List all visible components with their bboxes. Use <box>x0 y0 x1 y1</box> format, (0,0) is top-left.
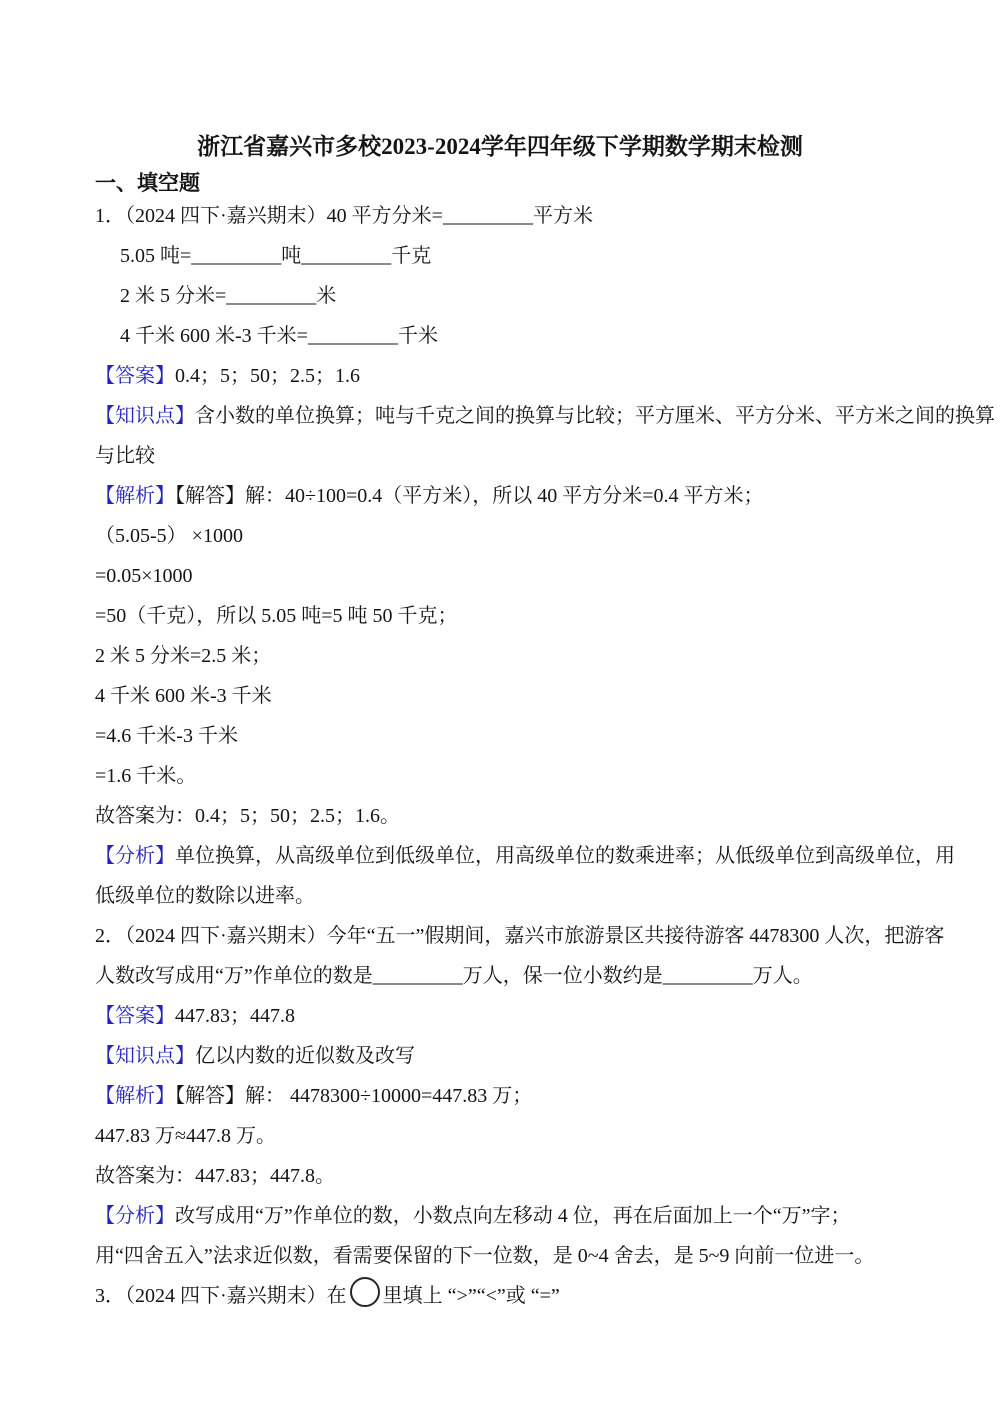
question-1-stem-line4: 4 千米 600 米-3 千米=_________千米 <box>95 316 905 356</box>
knowledge-point-label: 【知识点】 <box>95 405 195 427</box>
question-2-knowledge-line: 【知识点】亿以内数的近似数及改写 <box>95 1036 905 1076</box>
question-1-solution-text6: 4 千米 600 米-3 千米 <box>95 685 272 707</box>
blank-circle-icon <box>350 1277 380 1307</box>
question-1-solution-text1: 【解答】解：40÷100=0.4（平方米），所以 40 平方分米=0.4 平方米… <box>175 485 764 507</box>
question-1-analysis-line1: 【分析】单位换算，从高级单位到低级单位，用高级单位的数乘进率；从低级单位到高级单… <box>95 836 905 876</box>
question-1-stem-line2-text: 5.05 吨=_________吨_________千克 <box>120 245 431 267</box>
breakdown-label: 【分析】 <box>95 845 175 867</box>
question-2-analysis-line2: 用“四舍五入”法求近似数，看需要保留的下一位数，是 0~4 舍去，是 5~9 向… <box>95 1236 905 1276</box>
question-2-solution-line1: 【解析】【解答】解： 4478300÷10000=447.83 万； <box>95 1076 905 1116</box>
question-1-knowledge-line2: 与比较 <box>95 436 905 476</box>
question-1-stem-line4-text: 4 千米 600 米-3 千米=_________千米 <box>120 325 438 347</box>
question-1-solution-text3: =0.05×1000 <box>95 565 193 587</box>
question-1-analysis-text1: 单位换算，从高级单位到低级单位，用高级单位的数乘进率；从低级单位到高级单位，用 <box>175 845 955 867</box>
question-2-solution-text3: 故答案为：447.83；447.8。 <box>95 1165 335 1187</box>
question-2-answer-value: 447.83；447.8 <box>175 1005 295 1027</box>
question-1-stem-line2: 5.05 吨=_________吨_________千克 <box>95 236 905 276</box>
document-body: 一、填空题 1．（2024 四下·嘉兴期末）40 平方分米=_________平… <box>0 170 1000 1316</box>
question-1-knowledge-value: 含小数的单位换算；吨与千克之间的换算与比较；平方厘米、平方分米、平方米之间的换算 <box>195 405 995 427</box>
answer-label: 【答案】 <box>95 365 175 387</box>
question-1-solution-text9: 故答案为：0.4；5；50；2.5；1.6。 <box>95 805 400 827</box>
question-1-stem: 1．（2024 四下·嘉兴期末）40 平方分米=_________平方米 <box>95 196 905 236</box>
analysis-label: 【解析】 <box>95 1085 175 1107</box>
question-1-answer-line: 【答案】0.4；5；50；2.5；1.6 <box>95 356 905 396</box>
question-2-solution-text2: 447.83 万≈447.8 万。 <box>95 1125 276 1147</box>
section-heading-fill-in-blanks: 一、填空题 <box>95 170 905 196</box>
question-1-stem-text: 1．（2024 四下·嘉兴期末）40 平方分米=_________平方米 <box>95 205 593 227</box>
question-1-solution-text8: =1.6 千米。 <box>95 765 196 787</box>
question-1-solution-line4: =50（千克），所以 5.05 吨=5 吨 50 千克； <box>95 596 905 636</box>
question-1-solution-line3: =0.05×1000 <box>95 556 905 596</box>
exam-document-page: 浙江省嘉兴市多校2023-2024学年四年级下学期数学期末检测 一、填空题 1．… <box>0 0 1000 1414</box>
knowledge-point-label: 【知识点】 <box>95 1045 195 1067</box>
question-1-solution-line2: （5.05-5） ×1000 <box>95 516 905 556</box>
question-3-stem-pre: 3．（2024 四下·嘉兴期末）在 <box>95 1285 347 1307</box>
question-2-stem-text: 2．（2024 四下·嘉兴期末）今年“五一”假期间，嘉兴市旅游景区共接待游客 4… <box>95 925 944 947</box>
breakdown-label: 【分析】 <box>95 1205 175 1227</box>
question-1-solution-line6: 4 千米 600 米-3 千米 <box>95 676 905 716</box>
question-3-stem-post: 里填上 “>”“<”或 “=” <box>383 1285 560 1307</box>
question-2-analysis-line1: 【分析】改写成用“万”作单位的数，小数点向左移动 4 位，再在后面加上一个“万”… <box>95 1196 905 1236</box>
question-1-answer-value: 0.4；5；50；2.5；1.6 <box>175 365 360 387</box>
question-1-solution-line5: 2 米 5 分米=2.5 米； <box>95 636 905 676</box>
question-1-solution-text5: 2 米 5 分米=2.5 米； <box>95 645 271 667</box>
question-1-knowledge-value2: 与比较 <box>95 445 155 467</box>
question-2-stem: 2．（2024 四下·嘉兴期末）今年“五一”假期间，嘉兴市旅游景区共接待游客 4… <box>95 916 905 956</box>
question-2-solution-line3: 故答案为：447.83；447.8。 <box>95 1156 905 1196</box>
question-1-analysis-line2: 低级单位的数除以进率。 <box>95 876 905 916</box>
question-1-stem-line3-text: 2 米 5 分米=_________米 <box>120 285 336 307</box>
question-1-solution-line1: 【解析】【解答】解：40÷100=0.4（平方米），所以 40 平方分米=0.4… <box>95 476 905 516</box>
question-2-knowledge-value: 亿以内数的近似数及改写 <box>195 1045 415 1067</box>
analysis-label: 【解析】 <box>95 485 175 507</box>
question-2-answer-line: 【答案】447.83；447.8 <box>95 996 905 1036</box>
answer-label: 【答案】 <box>95 1005 175 1027</box>
question-2-solution-text1: 【解答】解： 4478300÷10000=447.83 万； <box>175 1085 532 1107</box>
question-1-solution-text2: （5.05-5） ×1000 <box>95 525 243 547</box>
question-1-solution-line8: =1.6 千米。 <box>95 756 905 796</box>
question-1-knowledge-line: 【知识点】含小数的单位换算；吨与千克之间的换算与比较；平方厘米、平方分米、平方米… <box>95 396 905 436</box>
question-1-solution-line7: =4.6 千米-3 千米 <box>95 716 905 756</box>
question-2-analysis-text2: 用“四舍五入”法求近似数，看需要保留的下一位数，是 0~4 舍去，是 5~9 向… <box>95 1245 874 1267</box>
question-3-stem: 3．（2024 四下·嘉兴期末）在里填上 “>”“<”或 “=” <box>95 1276 905 1316</box>
question-1-analysis-text2: 低级单位的数除以进率。 <box>95 885 315 907</box>
exam-title: 浙江省嘉兴市多校2023-2024学年四年级下学期数学期末检测 <box>0 0 1000 162</box>
question-1-solution-text7: =4.6 千米-3 千米 <box>95 725 238 747</box>
question-1-stem-line3: 2 米 5 分米=_________米 <box>95 276 905 316</box>
question-2-stem-line2-text: 人数改写成用“万”作单位的数是_________万人，保一位小数约是______… <box>95 965 813 987</box>
question-2-stem-line2: 人数改写成用“万”作单位的数是_________万人，保一位小数约是______… <box>95 956 905 996</box>
question-1-solution-line9: 故答案为：0.4；5；50；2.5；1.6。 <box>95 796 905 836</box>
question-2-solution-line2: 447.83 万≈447.8 万。 <box>95 1116 905 1156</box>
question-1-solution-text4: =50（千克），所以 5.05 吨=5 吨 50 千克； <box>95 605 458 627</box>
question-2-analysis-text1: 改写成用“万”作单位的数，小数点向左移动 4 位，再在后面加上一个“万”字； <box>175 1205 851 1227</box>
